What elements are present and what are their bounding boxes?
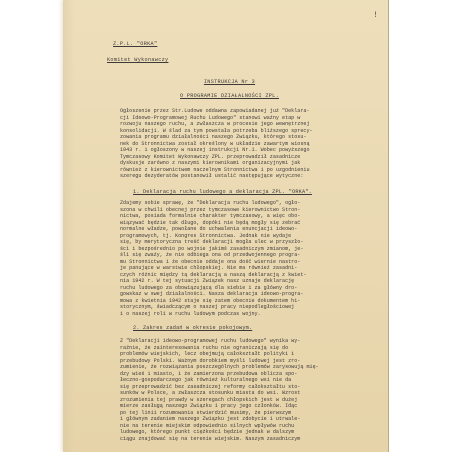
section-heading-2: 2. Zakres zadań w okresie pokojowym. <box>133 325 252 331</box>
text-line: i o naszej roli w ruchu ludowym podczas … <box>120 311 375 318</box>
intro-paragraph: Ogłoszenie przez Str.Ludowe oddawna zapo… <box>120 108 375 180</box>
document-title: INSTRUKCJA Nr 3 <box>67 79 392 85</box>
text-line: szeregu dezyderatów postanowił ustalić n… <box>120 173 375 180</box>
page-mark: ! <box>373 11 378 20</box>
section-2-paragraph: Z "Deklaracji ideowo-programowej ruchu l… <box>120 338 375 442</box>
organization-name: Z.P.L. "ORKA" <box>113 41 168 47</box>
document-page: ! Z.P.L. "ORKA" Komitet Wykonawczy INSTR… <box>63 0 389 452</box>
page-fold-shadow <box>63 0 75 452</box>
letterhead: Z.P.L. "ORKA" Komitet Wykonawczy <box>113 41 168 63</box>
section-1-paragraph: Zdajemy sobie sprawę, że "Deklaracja ruc… <box>120 200 375 317</box>
document-subtitle: O PROGRAMIE DZIAŁALNOŚCI ZPL. <box>67 93 392 99</box>
text-line: ciągu znajdować się na terenie wiejskim.… <box>120 436 375 443</box>
committee-name: Komitet Wykonawczy <box>107 57 168 63</box>
section-heading-1: 1. Deklaracja ruchu ludowego a deklaracj… <box>133 189 312 195</box>
